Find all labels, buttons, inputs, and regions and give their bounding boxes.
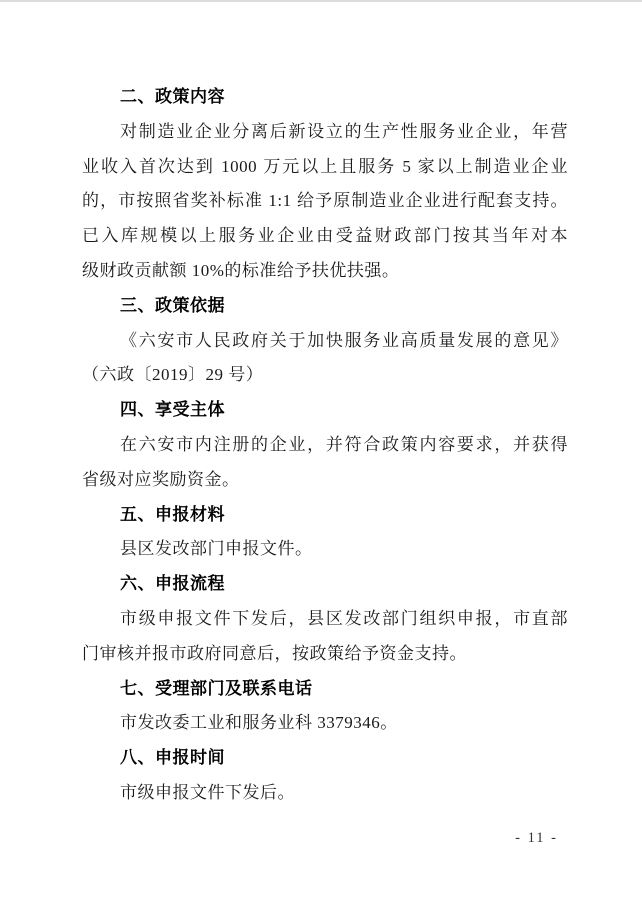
section-contact-department: 七、受理部门及联系电话 市发改委工业和服务业科 3379346。 <box>82 672 568 742</box>
paragraph-line: 业收入首次达到 1000 万元以上且服务 5 家以上制造业企业 <box>82 150 568 185</box>
heading-application-materials: 五、申报材料 <box>82 498 568 533</box>
paragraph-line: 对制造业企业分离后新设立的生产性服务业企业，年营 <box>82 115 568 150</box>
heading-policy-content: 二、政策内容 <box>82 80 568 115</box>
paragraph-line: 在六安市内注册的企业，并符合政策内容要求，并获得 <box>82 428 568 463</box>
paragraph-line: 门审核并报市政府同意后，按政策给予资金支持。 <box>82 637 568 672</box>
section-policy-basis: 三、政策依据 《六安市人民政府关于加快服务业高质量发展的意见》 （六政〔2019… <box>82 289 568 393</box>
page-number: - 11 - <box>515 828 558 848</box>
paragraph-line: 已入库规模以上服务业企业由受益财政部门按其当年对本 <box>82 219 568 254</box>
section-application-time: 八、申报时间 市级申报文件下发后。 <box>82 741 568 811</box>
heading-beneficiary: 四、享受主体 <box>82 393 568 428</box>
section-beneficiary: 四、享受主体 在六安市内注册的企业，并符合政策内容要求，并获得 省级对应奖励资金… <box>82 393 568 497</box>
heading-application-process: 六、申报流程 <box>82 567 568 602</box>
paragraph-line: 市发改委工业和服务业科 3379346。 <box>82 706 568 741</box>
section-policy-content: 二、政策内容 对制造业企业分离后新设立的生产性服务业企业，年营 业收入首次达到 … <box>82 80 568 289</box>
heading-policy-basis: 三、政策依据 <box>82 289 568 324</box>
section-application-process: 六、申报流程 市级申报文件下发后，县区发改部门组织申报，市直部 门审核并报市政府… <box>82 567 568 671</box>
paragraph-line: （六政〔2019〕29 号） <box>82 358 568 393</box>
paragraph-line: 《六安市人民政府关于加快服务业高质量发展的意见》 <box>82 324 568 359</box>
paragraph-line: 市级申报文件下发后，县区发改部门组织申报，市直部 <box>82 602 568 637</box>
paragraph-line: 的，市按照省奖补标准 1:1 给予原制造业企业进行配套支持。 <box>82 184 568 219</box>
section-application-materials: 五、申报材料 县区发改部门申报文件。 <box>82 498 568 568</box>
document-page: 二、政策内容 对制造业企业分离后新设立的生产性服务业企业，年营 业收入首次达到 … <box>0 0 642 907</box>
document-body: 二、政策内容 对制造业企业分离后新设立的生产性服务业企业，年营 业收入首次达到 … <box>82 80 568 811</box>
paragraph-line: 县区发改部门申报文件。 <box>82 532 568 567</box>
paragraph-line: 市级申报文件下发后。 <box>82 776 568 811</box>
paragraph-line: 省级对应奖励资金。 <box>82 463 568 498</box>
heading-application-time: 八、申报时间 <box>82 741 568 776</box>
paragraph-line: 级财政贡献额 10%的标准给予扶优扶强。 <box>82 254 568 289</box>
heading-contact-department: 七、受理部门及联系电话 <box>82 672 568 707</box>
